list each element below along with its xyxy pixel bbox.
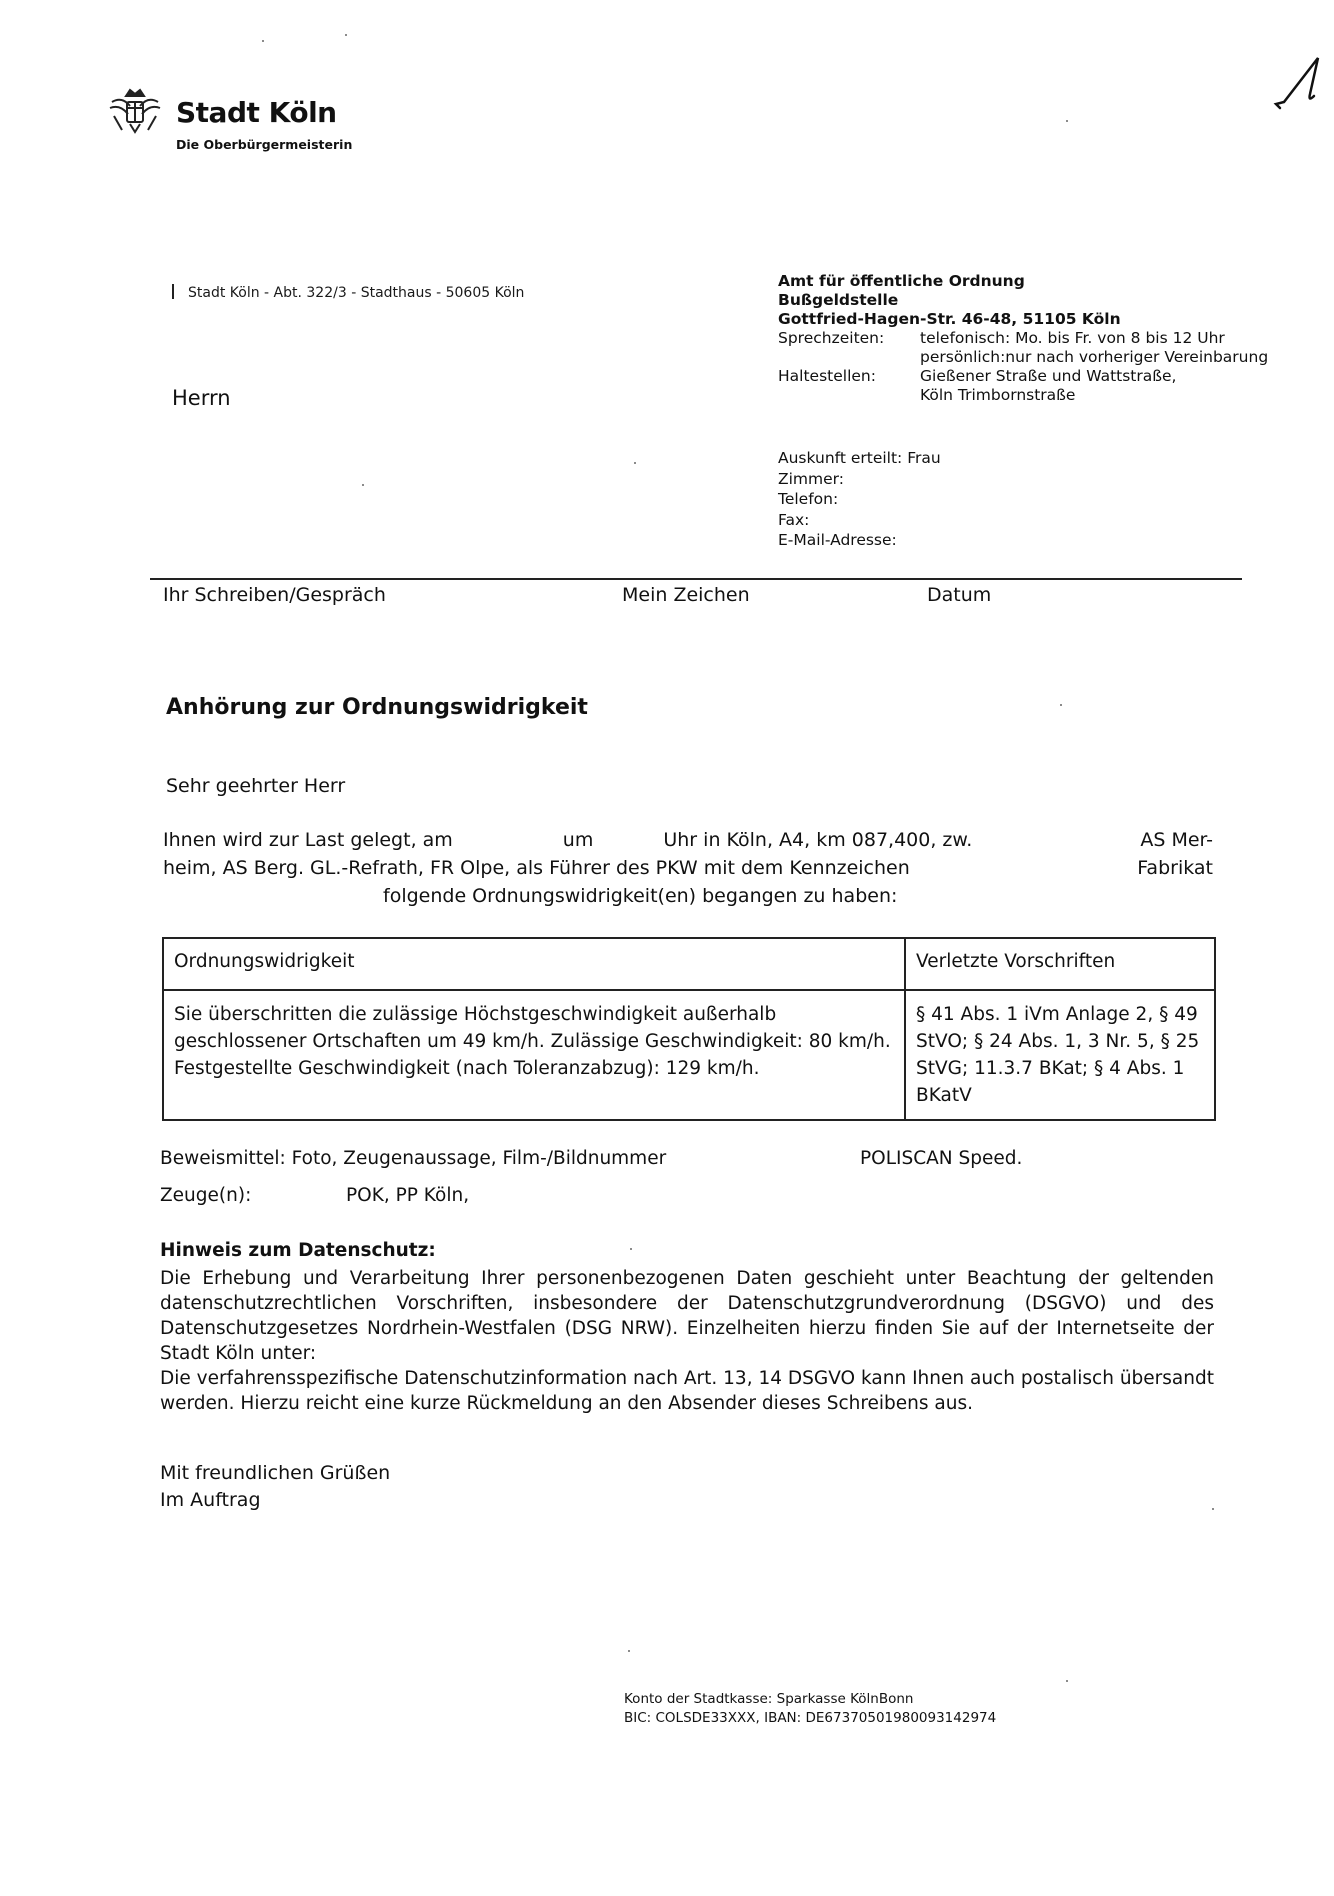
scan-speck bbox=[1060, 704, 1062, 706]
reference-divider bbox=[150, 578, 1242, 580]
unit: Bußgeldstelle bbox=[778, 291, 1268, 310]
scan-speck bbox=[630, 1248, 632, 1250]
scan-speck bbox=[1066, 120, 1068, 122]
room-label: Zimmer: bbox=[778, 469, 941, 490]
authority-address: Gottfried-Hagen-Str. 46-48, 51105 Köln bbox=[778, 310, 1268, 329]
closing-greeting: Mit freundlichen Grüßen bbox=[160, 1460, 390, 1487]
office-hours-label: Sprechzeiten: bbox=[778, 329, 920, 348]
handwritten-page-number bbox=[1272, 50, 1328, 114]
on-behalf: Im Auftrag bbox=[160, 1487, 390, 1514]
closing: Mit freundlichen Grüßen Im Auftrag bbox=[160, 1460, 390, 1514]
measurement-device: POLISCAN Speed. bbox=[860, 1148, 1022, 1169]
scan-speck bbox=[362, 484, 364, 486]
phone-label: Telefon: bbox=[778, 489, 941, 510]
evidence-label: Beweismittel: Foto, Zeugenaussage, Film-… bbox=[160, 1148, 666, 1169]
recipient-salutation: Herrn bbox=[172, 386, 231, 410]
witness-value: POK, PP Köln, bbox=[346, 1185, 469, 1206]
city-name: Stadt Köln bbox=[176, 96, 337, 129]
date-label: Datum bbox=[927, 584, 991, 606]
city-coat-of-arms-icon bbox=[108, 86, 162, 134]
stops-line-1: Gießener Straße und Wattstraße, bbox=[920, 367, 1176, 386]
bank-footer: Konto der Stadtkasse: Sparkasse KölnBonn… bbox=[624, 1690, 996, 1728]
witness-line: Zeuge(n): POK, PP Köln, bbox=[160, 1185, 251, 1206]
scan-speck bbox=[1066, 1680, 1068, 1682]
column-header-regulations: Verletzte Vorschriften bbox=[905, 938, 1215, 990]
fax-label: Fax: bbox=[778, 510, 941, 531]
our-reference-label: Mein Zeichen bbox=[622, 584, 750, 606]
privacy-paragraph-1: Die Erhebung und Verarbeitung Ihrer pers… bbox=[160, 1266, 1214, 1366]
evidence-line: Beweismittel: Foto, Zeugenaussage, Film-… bbox=[160, 1148, 1060, 1169]
authority-block: Amt für öffentliche Ordnung Bußgeldstell… bbox=[778, 272, 1268, 405]
office-hours-phone: telefonisch: Mo. bis Fr. von 8 bis 12 Uh… bbox=[920, 329, 1225, 348]
email-label: E-Mail-Adresse: bbox=[778, 530, 941, 551]
office-hours-personal: persönlich:nur nach vorheriger Vereinbar… bbox=[920, 348, 1268, 367]
your-letter-label: Ihr Schreiben/Gespräch bbox=[163, 584, 386, 606]
allegation-paragraph: Ihnen wird zur Last gelegt, amumUhr in K… bbox=[163, 826, 1213, 910]
offense-description: Sie überschritten die zulässige Höchstge… bbox=[163, 990, 905, 1120]
bank-identifiers: BIC: COLSDE33XXX, IBAN: DE67370501980093… bbox=[624, 1709, 996, 1728]
table-row: Sie überschritten die zulässige Höchstge… bbox=[163, 990, 1215, 1120]
privacy-notice: Die Erhebung und Verarbeitung Ihrer pers… bbox=[160, 1266, 1214, 1416]
info-by: Auskunft erteilt: Frau bbox=[778, 448, 941, 469]
department: Amt für öffentliche Ordnung bbox=[778, 272, 1268, 291]
office-holder: Die Oberbürgermeisterin bbox=[176, 137, 352, 152]
scan-speck bbox=[262, 40, 264, 42]
stops-label: Haltestellen: bbox=[778, 367, 920, 386]
witness-label: Zeuge(n): bbox=[160, 1185, 251, 1206]
scan-speck bbox=[1212, 1508, 1214, 1510]
bank-account: Konto der Stadtkasse: Sparkasse KölnBonn bbox=[624, 1690, 996, 1709]
scan-speck bbox=[634, 462, 636, 464]
scan-speck bbox=[628, 1650, 630, 1652]
privacy-notice-title: Hinweis zum Datenschutz: bbox=[160, 1240, 436, 1261]
window-marker bbox=[172, 284, 174, 299]
letter-subject: Anhörung zur Ordnungswidrigkeit bbox=[166, 695, 588, 720]
stops-line-2: Köln Trimbornstraße bbox=[920, 386, 1075, 405]
return-address: Stadt Köln - Abt. 322/3 - Stadthaus - 50… bbox=[172, 284, 524, 301]
violation-table: Ordnungswidrigkeit Verletzte Vorschrifte… bbox=[162, 937, 1216, 1121]
privacy-paragraph-2: Die verfahrensspezifische Datenschutzinf… bbox=[160, 1366, 1214, 1416]
violated-regulations: § 41 Abs. 1 iVm Anlage 2, § 49 StVO; § 2… bbox=[905, 990, 1215, 1120]
contact-block: Auskunft erteilt: Frau Zimmer: Telefon: … bbox=[778, 448, 941, 551]
scan-speck bbox=[345, 34, 347, 36]
salutation: Sehr geehrter Herr bbox=[166, 775, 345, 797]
column-header-offense: Ordnungswidrigkeit bbox=[163, 938, 905, 990]
